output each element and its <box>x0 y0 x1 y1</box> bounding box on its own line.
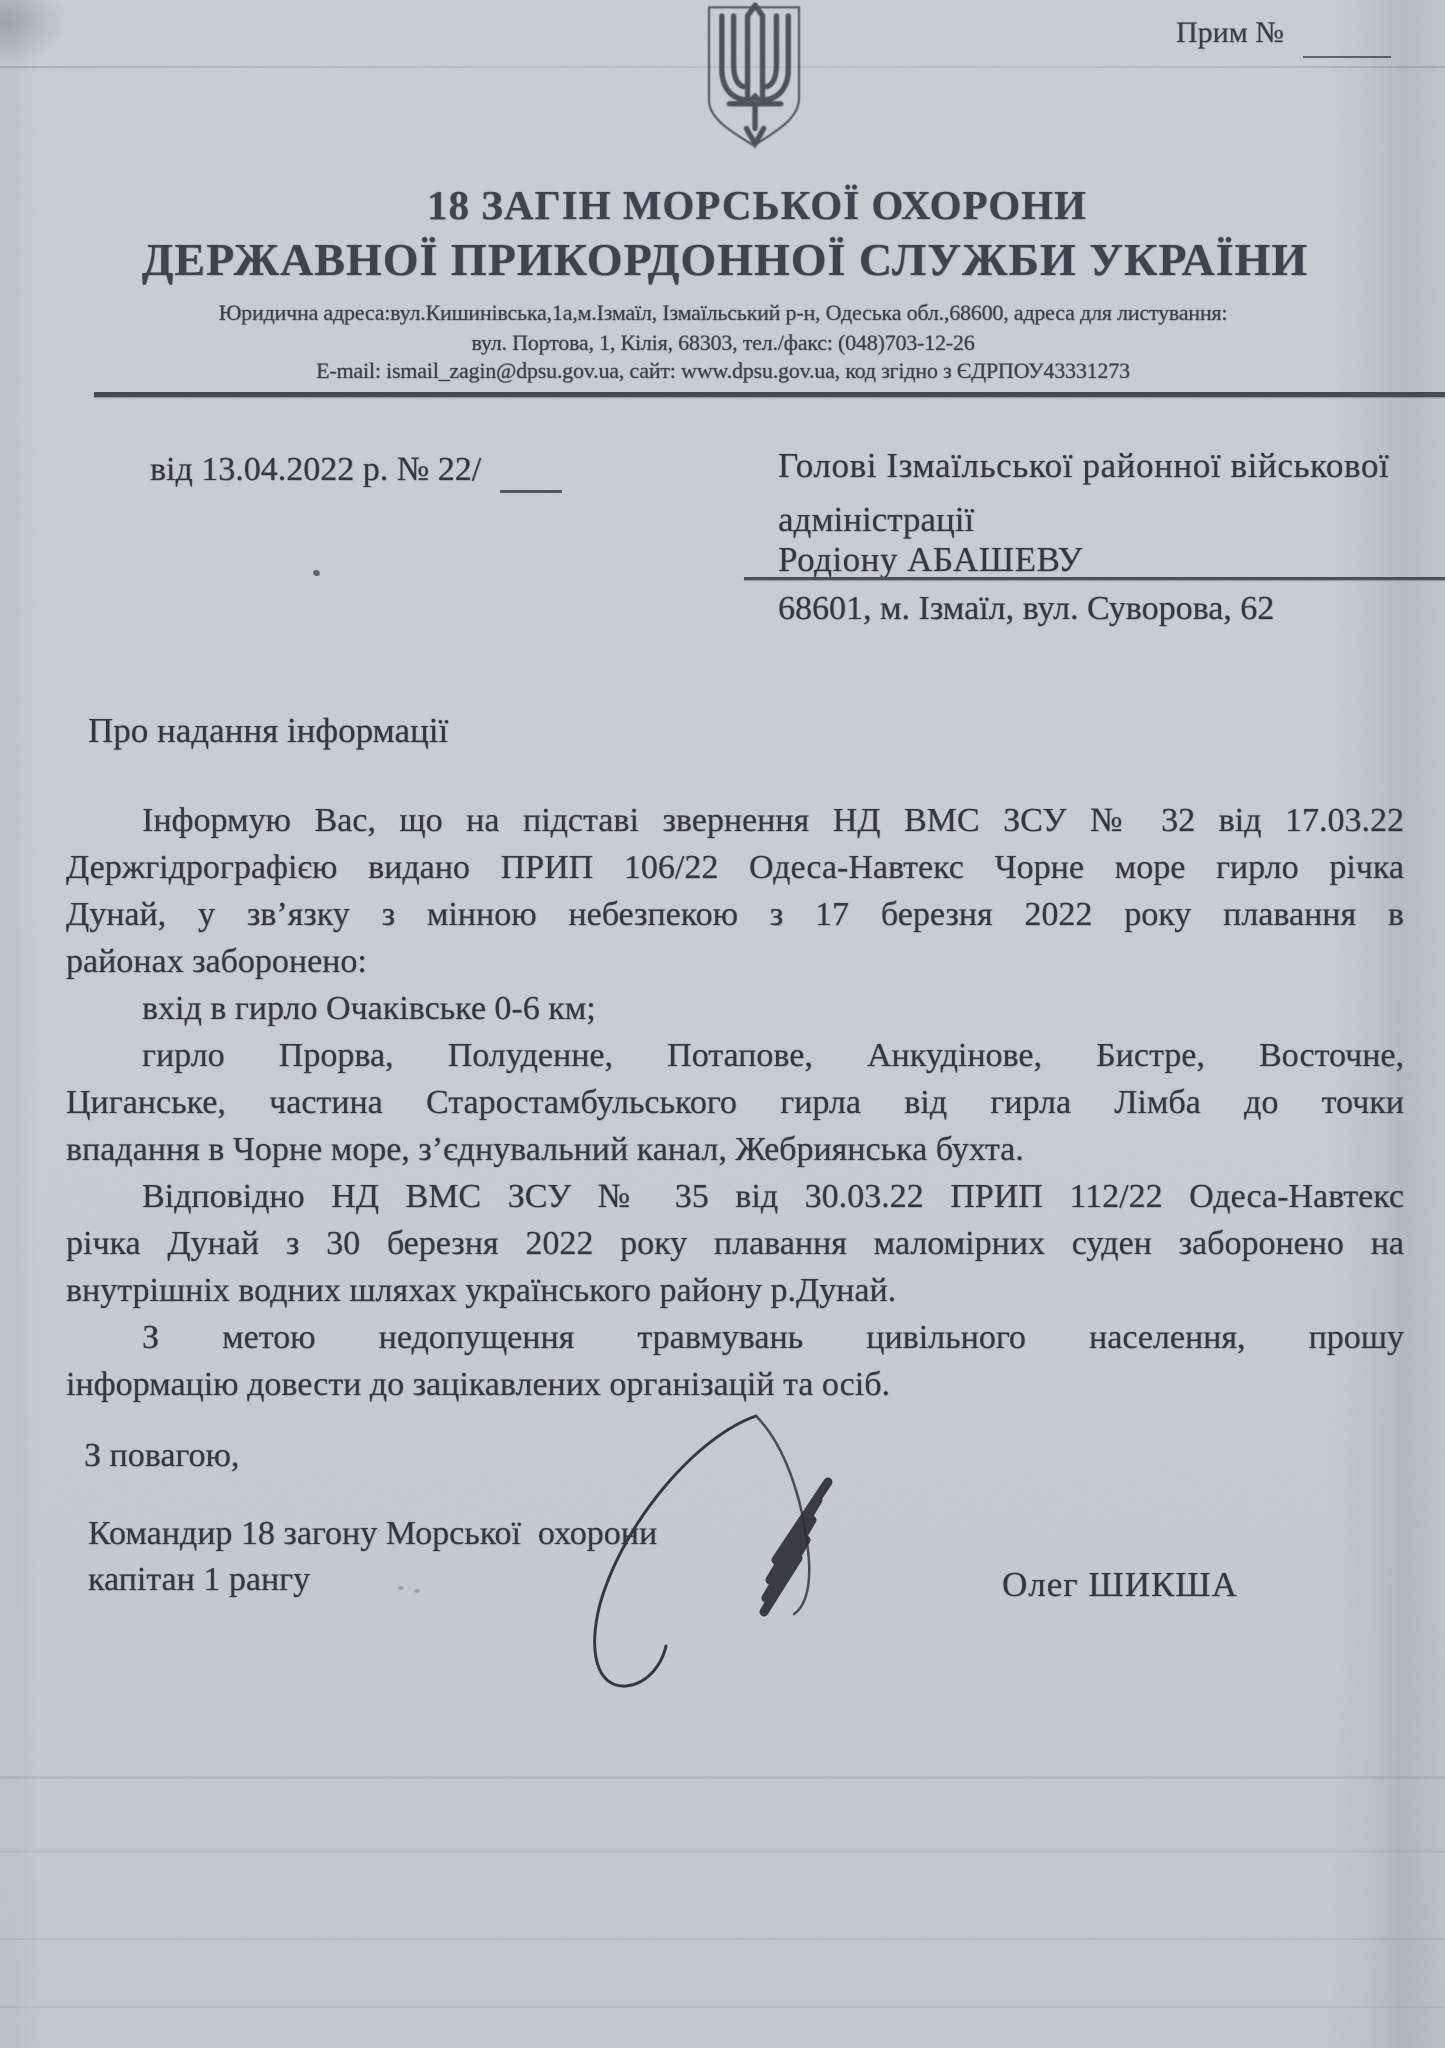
scan-artifact-line <box>0 1850 1445 1853</box>
body-line: Відповідно НД ВМС ЗСУ № 35 від 30.03.22 … <box>66 1173 1404 1220</box>
body-line: Держгідрографією видано ПРИП 106/22 Одес… <box>66 844 1404 891</box>
letterhead-divider-rule <box>94 392 1445 397</box>
date-number-line: від 13.04.2022 р. № 22/ <box>150 451 481 489</box>
body-line: вхід в гирло Очаківське 0-6 км; <box>66 985 1404 1032</box>
trident-glyph <box>722 5 788 143</box>
body-line: річка Дунай з 30 березня 2022 року плава… <box>66 1220 1404 1267</box>
addressee-line1: Голові Ізмаїльської районної військової <box>778 446 1389 486</box>
copy-number-underline <box>1303 56 1391 58</box>
letterhead-address-line1: Юридична адреса:вул.Кишинівська,1а,м.Ізм… <box>58 300 1388 326</box>
closing-regards: З повагою, <box>84 1437 239 1475</box>
signer-name: Олег ШИКША <box>1002 1565 1238 1605</box>
subject-line: Про надання інформації <box>88 711 448 751</box>
body-line: гирло Прорва, Полуденне, Потапове, Анкуд… <box>66 1032 1404 1079</box>
body-line: Інформую Вас, що на підставі звернення Н… <box>66 797 1404 844</box>
letter-body: Інформую Вас, що на підставі звернення Н… <box>66 797 1404 1408</box>
body-line: Дунай, у зв’язку з мінною небезпекою з 1… <box>66 891 1404 938</box>
signer-title-line2: капітан 1 рангу <box>88 1561 310 1599</box>
scan-artifact-line <box>0 2006 1445 2008</box>
letterhead-email-line: E-mail: ismail_zagin@dpsu.gov.ua, сайт: … <box>58 358 1388 384</box>
letterhead-title-line2: ДЕРЖАВНОЇ ПРИКОРДОННОЇ СЛУЖБИ УКРАЇНИ <box>60 233 1390 286</box>
body-line: Циганське, частина Старостамбульського г… <box>66 1079 1404 1126</box>
addressee-line3: Родіону АБАШЕВУ <box>778 540 1083 580</box>
addressee-line4: 68601, м. Ізмаїл, вул. Суворова, 62 <box>778 590 1274 628</box>
body-line: впадання в Чорне море, з’єднувальний кан… <box>66 1126 1404 1173</box>
letterhead-title-line1: 18 ЗАГІН МОРСЬКОЇ ОХОРОНИ <box>92 181 1422 229</box>
copy-number-label: Прим № <box>1176 16 1284 50</box>
document-number-underline <box>500 490 562 493</box>
letterhead-address-line2: вул. Портова, 1, Кілія, 68303, тел./факс… <box>58 330 1388 356</box>
scan-artifact-line <box>0 1776 1445 1779</box>
scan-speck <box>398 1586 404 1590</box>
body-line: З метою недопущення травмувань цивільног… <box>66 1314 1404 1361</box>
body-line: районах заборонено: <box>66 938 1404 985</box>
scan-speck <box>312 569 321 577</box>
body-line: внутрішніх водних шляхах українського ра… <box>66 1267 1404 1314</box>
addressee-line2: адміністрації <box>778 500 974 540</box>
scan-artifact-line <box>0 1938 1445 1940</box>
signature <box>536 1398 866 1718</box>
addressee-underline <box>744 577 1445 580</box>
trident-emblem <box>692 2 816 152</box>
scanned-letter-page: Прим № 18 ЗАГІН МОРСЬКОЇ ОХОРОНИ ДЕРЖАВН… <box>0 0 1445 2048</box>
